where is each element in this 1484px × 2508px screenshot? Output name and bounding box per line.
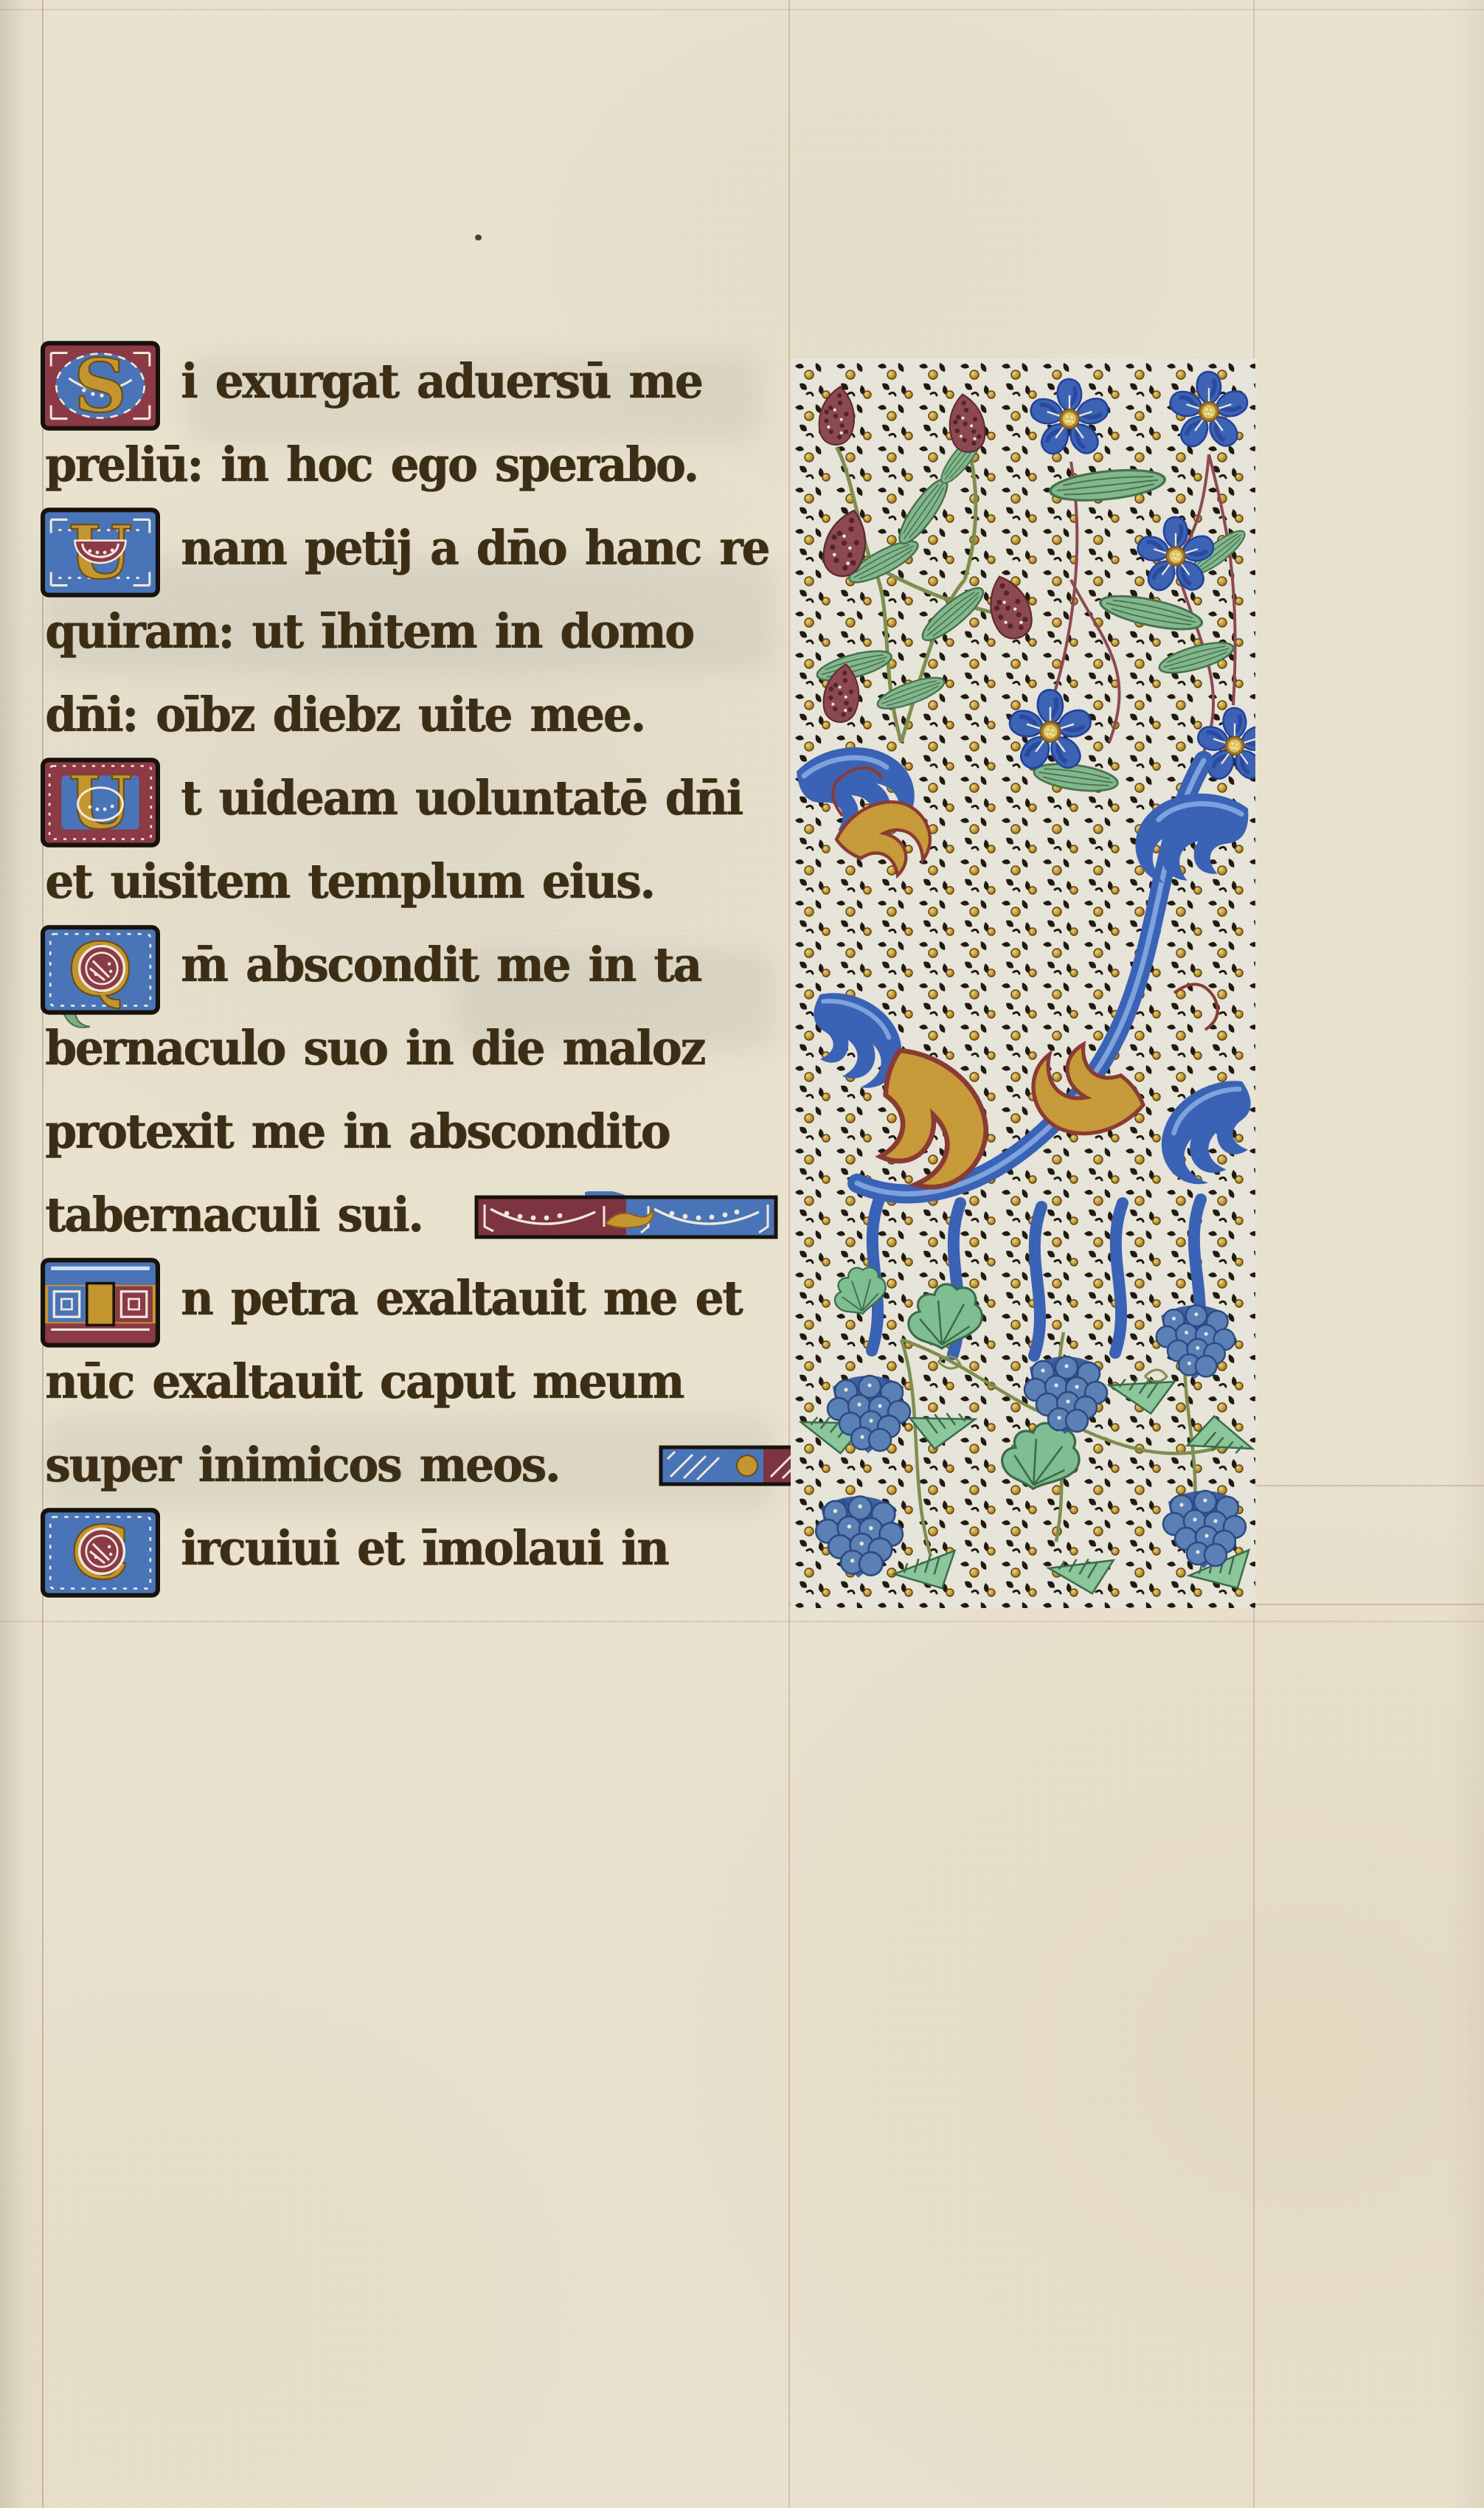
text-line: super inimicos meos. [41, 1425, 782, 1508]
illuminated-initial-i [41, 1256, 160, 1349]
illuminated-initial-s: S [41, 339, 160, 432]
text-line: C ircuiui et īmolaui in [41, 1508, 782, 1592]
verse-text: dn̄i: oībz diebz uite mee. [45, 673, 645, 761]
verse-text: preliū: in hoc ego sperabo. [45, 423, 698, 511]
ruling-line-top-horizontal [0, 9, 1484, 10]
illuminated-initial-u: U [41, 756, 160, 849]
verse-text: tabernaculi sui. [45, 1173, 422, 1261]
text-line: protexit me in abscondito [41, 1092, 782, 1175]
verse-text: i exurgat aduersū me [181, 339, 701, 428]
verse-text: quiram: ut īhitem in domo [45, 589, 693, 678]
text-line: nūc exaltauit caput meum [41, 1342, 782, 1425]
text-line: U nam petij a dn̄o hanc re [41, 508, 782, 592]
svg-text:S: S [74, 343, 127, 429]
ink-speck [475, 235, 482, 240]
verse-text: super inimicos meos. [45, 1423, 559, 1511]
illuminated-initial-q: Q [41, 923, 160, 1016]
illuminated-initial-c: C [41, 1506, 160, 1599]
text-line: dn̄i: oībz diebz uite mee. [41, 675, 782, 758]
verse-text: nūc exaltauit caput meum [45, 1340, 683, 1428]
text-line: preliū: in hoc ego sperabo. [41, 425, 782, 508]
verse-text: t uideam uoluntatē dn̄i [181, 756, 742, 845]
text-line: Si exurgat aduersū me [41, 342, 782, 425]
ruling-line-margin-horizontal [1254, 1485, 1484, 1486]
text-line: et uisitem templum eius. [41, 842, 782, 925]
verse-text: protexit me in abscondito [45, 1090, 669, 1178]
text-line: Q m̄ abscondit me in ta [41, 925, 782, 1008]
text-block: Si exurgat aduersū mepreliū: in hoc ego … [41, 342, 782, 1599]
illuminated-initial-u: U [41, 506, 160, 599]
ruling-line-mid-vertical [788, 0, 790, 2508]
text-line: U t uideam uoluntatē dn̄i [41, 758, 782, 842]
verse-text: m̄ abscondit me in ta [181, 923, 701, 1011]
text-line: bernaculo suo in die maloz [41, 1008, 782, 1092]
manuscript-page: Si exurgat aduersū mepreliū: in hoc ego … [0, 0, 1484, 2508]
verse-text: bernaculo suo in die maloz [45, 1006, 704, 1095]
ruling-line-below-text [0, 1621, 1484, 1622]
line-filler-large [474, 1191, 778, 1241]
verse-text: nam petij a dn̄o hanc re [181, 506, 769, 595]
text-line: n petra exaltauit me et [41, 1258, 782, 1342]
verse-text: ircuiui et īmolaui in [181, 1506, 668, 1595]
border-art [791, 358, 1255, 1608]
text-line: tabernaculi sui. [41, 1175, 782, 1258]
text-line: quiram: ut īhitem in domo [41, 592, 782, 675]
verse-text: n petra exaltauit me et [181, 1256, 741, 1345]
verse-text: et uisitem templum eius. [45, 839, 653, 928]
